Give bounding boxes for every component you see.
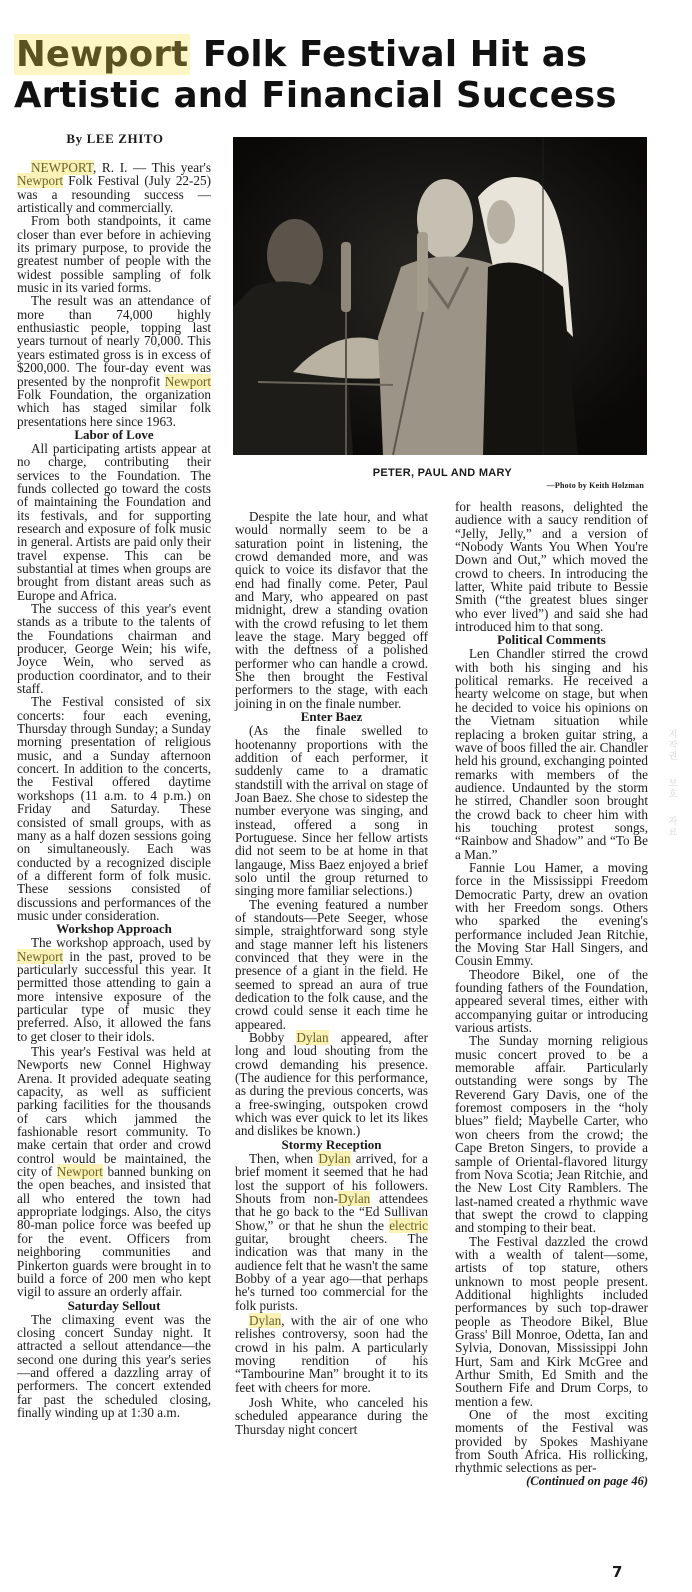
article-photo	[233, 137, 647, 455]
subhead-workshop-approach: Workshop Approach	[17, 922, 211, 936]
byline: By LEE ZHITO	[0, 131, 230, 147]
paragraph: Bobby Dylan appeared, after long and lou…	[235, 1031, 428, 1138]
paragraph: The success of this year's event stands …	[17, 602, 211, 695]
paragraph: The Sunday morning religious music conce…	[455, 1034, 648, 1234]
page-number: 7	[612, 1563, 622, 1581]
paragraph: The climaxing event was the closing conc…	[17, 1313, 211, 1420]
continued-on-page-link[interactable]: (Continued on page 46)	[455, 1475, 648, 1488]
article-headline: Newport Folk Festival Hit as Artistic an…	[14, 34, 674, 116]
paragraph: This year's Festival was held at Newport…	[17, 1045, 211, 1299]
paragraph: The evening featured a number of standou…	[235, 898, 428, 1031]
subhead-saturday-sellout: Saturday Sellout	[17, 1299, 211, 1313]
paragraph: From both standpoints, it came closer th…	[17, 214, 211, 294]
paragraph: Fannie Lou Hamer, a moving force in the …	[455, 861, 648, 968]
copyright-watermark: 저작권 보호 자료	[666, 730, 680, 855]
headline-line-1: Newport Folk Festival Hit as	[14, 34, 674, 75]
paragraph: One of the most exciting moments of the …	[455, 1408, 648, 1475]
paragraph: The Festival consisted of six concerts: …	[17, 695, 211, 922]
photo-caption: PETER, PAUL AND MARY	[230, 467, 640, 479]
paragraph: The Festival dazzled the crowd with a we…	[455, 1235, 648, 1408]
headline-line-2: Artistic and Financial Success	[14, 75, 674, 116]
subhead-political-comments: Political Comments	[455, 633, 648, 647]
paragraph: for health reasons, delighted the audien…	[455, 500, 648, 633]
paragraph: Despite the late hour, and what would no…	[235, 510, 428, 710]
article-column-3: for health reasons, delighted the audien…	[455, 500, 648, 1488]
article-column-2: Despite the late hour, and what would no…	[235, 510, 428, 1436]
paragraph: Theodore Bikel, one of the founding fath…	[455, 968, 648, 1035]
paragraph: Dylan, with the air of one who relishes …	[235, 1314, 428, 1394]
paragraph: Len Chandler stirred the crowd with both…	[455, 647, 648, 861]
paragraph: NEWPORT, R. I. — This year's Newport Fol…	[17, 161, 211, 214]
photo-credit: —Photo by Keith Holzman	[230, 481, 644, 490]
paragraph: The result was an attendance of more tha…	[17, 294, 211, 427]
subhead-stormy-reception: Stormy Reception	[235, 1138, 428, 1152]
photo-image	[233, 137, 647, 455]
search-highlight: Newport	[14, 34, 190, 75]
subhead-enter-baez: Enter Baez	[235, 710, 428, 724]
paragraph: The workshop approach, used by Newport i…	[17, 936, 211, 1043]
paragraph: Josh White, who canceled his scheduled a…	[235, 1396, 428, 1436]
paragraph: All participating artists appear at no c…	[17, 442, 211, 602]
article-column-1: NEWPORT, R. I. — This year's Newport Fol…	[17, 161, 211, 1419]
paragraph: Then, when Dylan arrived, for a brief mo…	[235, 1152, 428, 1312]
subhead-labor-of-love: Labor of Love	[17, 428, 211, 442]
paragraph: (As the finale swelled to hootenanny pro…	[235, 724, 428, 897]
